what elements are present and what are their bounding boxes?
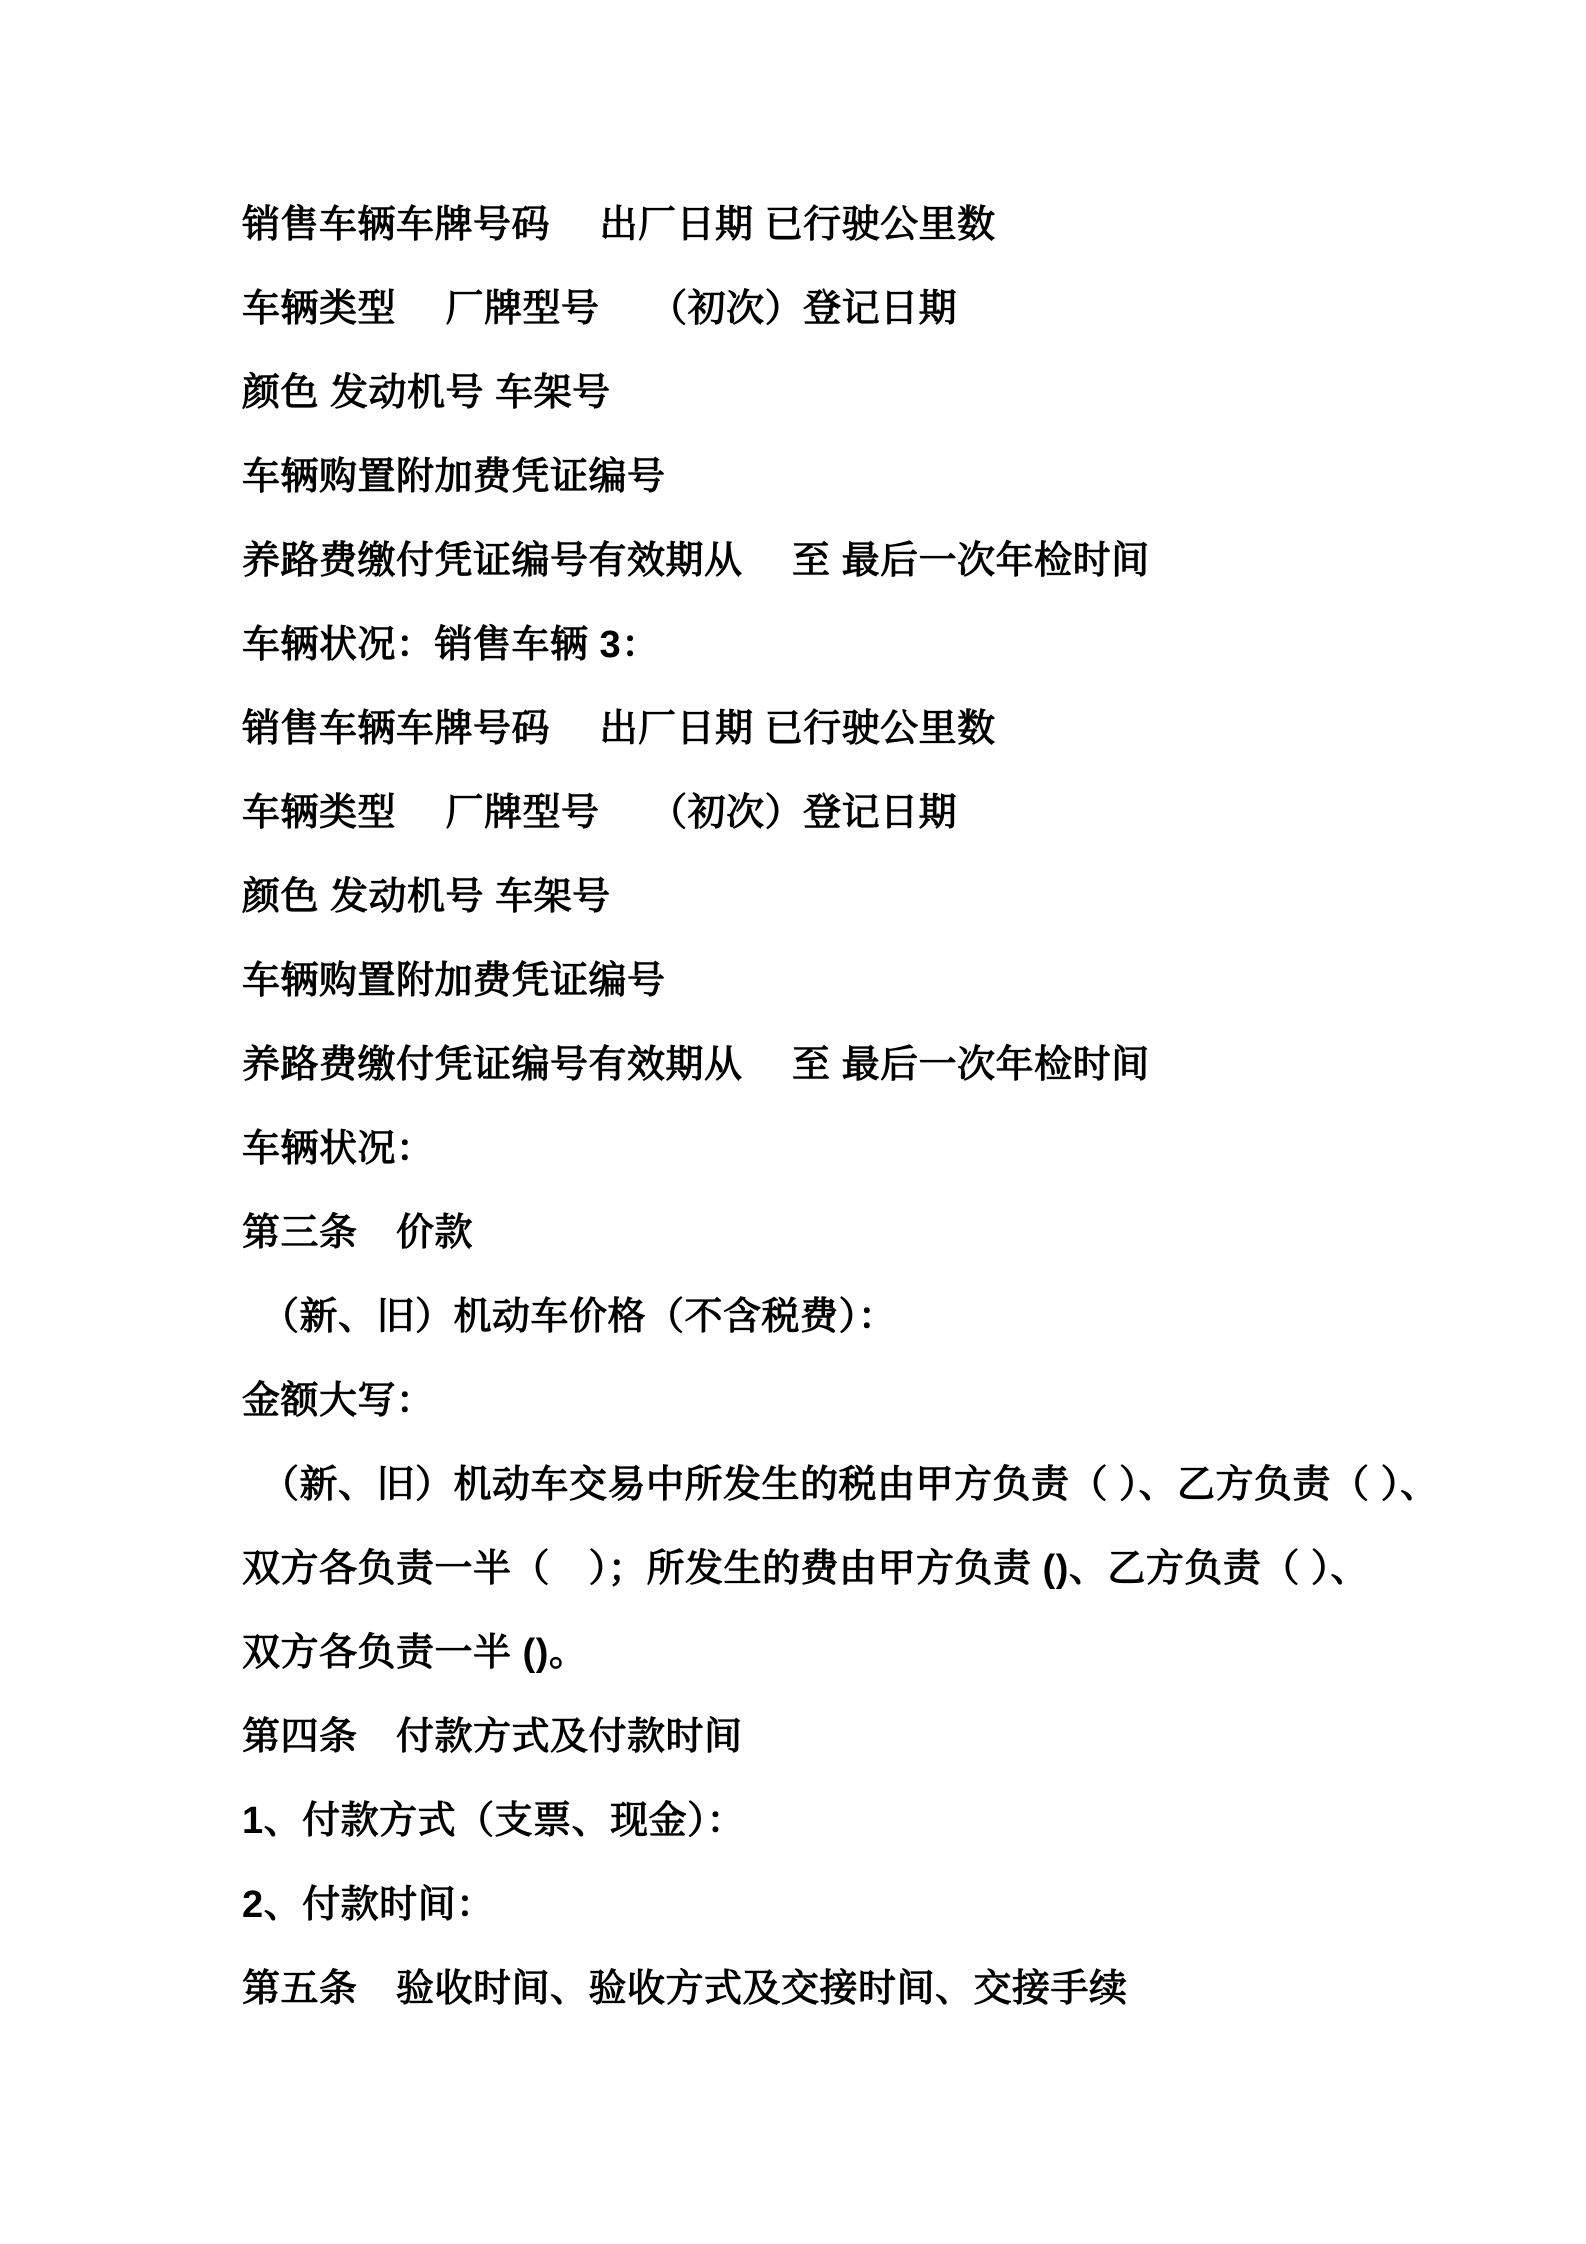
text-line-vehicle-plate-2: 销售车辆车牌号码 出厂日期 已行驶公里数 [242,687,1346,771]
heading-article-4: 第四条 付款方式及付款时间 [242,1695,1346,1779]
text-line-vehicle-price: （新、旧）机动车价格（不含税费）： [242,1275,1346,1359]
text-line-payment-method: 1、付款方式（支票、现金）： [242,1779,1346,1863]
heading-article-5: 第五条 验收时间、验收方式及交接时间、交接手续 [242,1947,1346,2031]
text-line-tax-responsibility: （新、旧）机动车交易中所发生的税由甲方负责（ ）、乙方负责（ ）、 [242,1443,1346,1527]
text-line-color-engine-2: 颜色 发动机号 车架号 [242,855,1346,939]
text-line-amount-in-words: 金额大写： [242,1359,1346,1443]
text-line-surcharge-cert-2: 车辆购置附加费凭证编号 [242,939,1346,1023]
text-line-vehicle-condition-1: 车辆状况：销售车辆 3： [242,603,1346,687]
text-line-vehicle-type-1: 车辆类型 厂牌型号 （初次）登记日期 [242,267,1346,351]
text-line-half-responsibility: 双方各负责一半 ()。 [242,1611,1346,1695]
text-line-road-fee-1: 养路费缴付凭证编号有效期从 至 最后一次年检时间 [242,519,1346,603]
document-page: 销售车辆车牌号码 出厂日期 已行驶公里数 车辆类型 厂牌型号 （初次）登记日期 … [0,0,1586,2244]
text-line-fee-responsibility: 双方各负责一半（ ）；所发生的费由甲方负责 ()、乙方负责（ ）、 [242,1527,1346,1611]
heading-article-3: 第三条 价款 [242,1191,1346,1275]
text-line-color-engine-1: 颜色 发动机号 车架号 [242,351,1346,435]
text-line-vehicle-type-2: 车辆类型 厂牌型号 （初次）登记日期 [242,771,1346,855]
text-line-vehicle-condition-2: 车辆状况： [242,1107,1346,1191]
text-line-road-fee-2: 养路费缴付凭证编号有效期从 至 最后一次年检时间 [242,1023,1346,1107]
text-line-payment-time: 2、付款时间： [242,1863,1346,1947]
text-line-surcharge-cert-1: 车辆购置附加费凭证编号 [242,435,1346,519]
text-line-vehicle-plate-1: 销售车辆车牌号码 出厂日期 已行驶公里数 [242,183,1346,267]
